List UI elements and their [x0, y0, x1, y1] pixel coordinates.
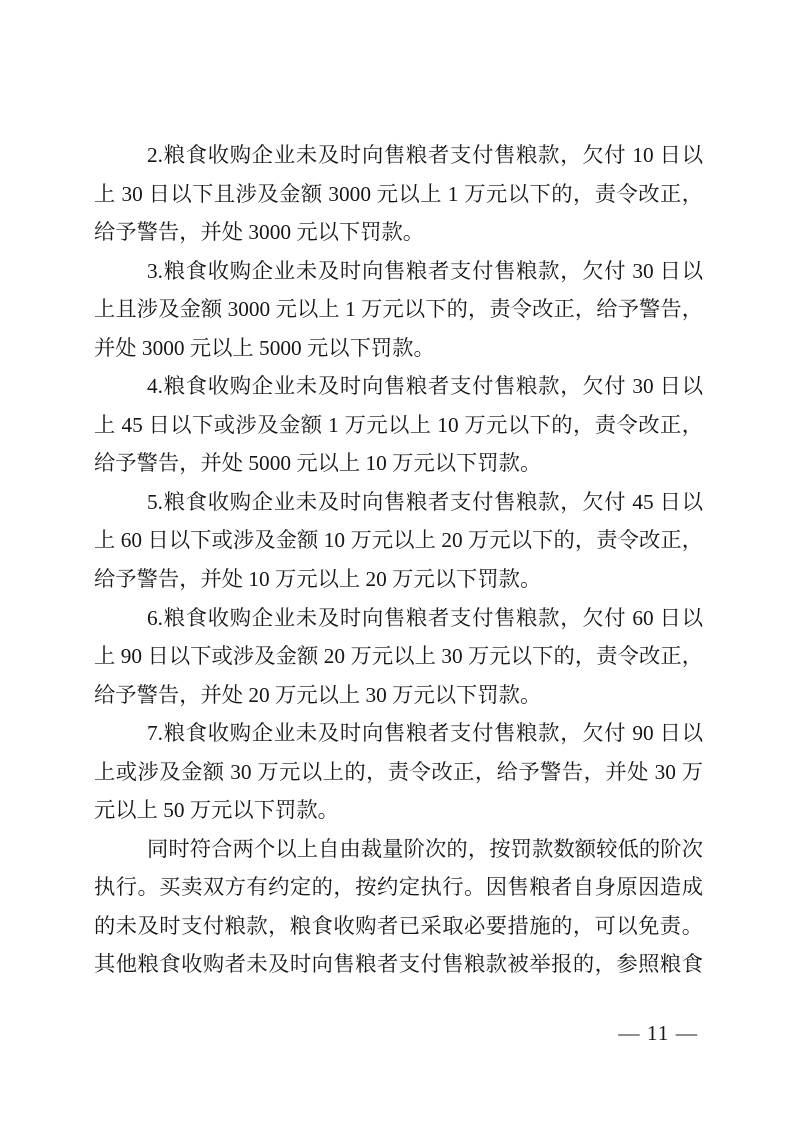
text-line: 上 90 日以下或涉及金额 20 万元以上 30 万元以下的，责令改正，: [94, 637, 703, 676]
text-line: 5.粮食收购企业未及时向售粮者支付售粮款，欠付 45 日以: [94, 483, 703, 522]
text-line: 给予警告，并处 20 万元以上 30 万元以下罚款。: [94, 676, 703, 715]
document-body: 2.粮食收购企业未及时向售粮者支付售粮款，欠付 10 日以 上 30 日以下且涉…: [94, 136, 703, 984]
document-page: 2.粮食收购企业未及时向售粮者支付售粮款，欠付 10 日以 上 30 日以下且涉…: [0, 0, 793, 1122]
text-line: 上 30 日以下且涉及金额 3000 元以上 1 万元以下的，责令改正，: [94, 175, 703, 214]
text-line: 6.粮食收购企业未及时向售粮者支付售粮款，欠付 60 日以: [94, 599, 703, 638]
paragraph-item-4: 4.粮食收购企业未及时向售粮者支付售粮款，欠付 30 日以 上 45 日以下或涉…: [94, 367, 703, 483]
text-line: 给予警告，并处 5000 元以上 10 万元以下罚款。: [94, 444, 703, 483]
text-line: 上 45 日以下或涉及金额 1 万元以上 10 万元以下的，责令改正，: [94, 406, 703, 445]
text-line: 给予警告，并处 3000 元以下罚款。: [94, 213, 703, 252]
text-line: 上且涉及金额 3000 元以上 1 万元以下的，责令改正，给予警告，: [94, 290, 703, 329]
text-line: 7.粮食收购企业未及时向售粮者支付售粮款，欠付 90 日以: [94, 714, 703, 753]
paragraph-item-2: 2.粮食收购企业未及时向售粮者支付售粮款，欠付 10 日以 上 30 日以下且涉…: [94, 136, 703, 252]
text-line: 执行。买卖双方有约定的，按约定执行。因售粮者自身原因造成: [94, 868, 703, 907]
text-line: 的未及时支付粮款，粮食收购者已采取必要措施的，可以免责。: [94, 907, 703, 946]
paragraph-item-5: 5.粮食收购企业未及时向售粮者支付售粮款，欠付 45 日以 上 60 日以下或涉…: [94, 483, 703, 599]
text-line: 并处 3000 元以上 5000 元以下罚款。: [94, 329, 703, 368]
text-line: 给予警告，并处 10 万元以上 20 万元以下罚款。: [94, 560, 703, 599]
paragraph-item-6: 6.粮食收购企业未及时向售粮者支付售粮款，欠付 60 日以 上 90 日以下或涉…: [94, 599, 703, 715]
text-line: 同时符合两个以上自由裁量阶次的，按罚款数额较低的阶次: [94, 830, 703, 869]
paragraph-item-7: 7.粮食收购企业未及时向售粮者支付售粮款，欠付 90 日以 上或涉及金额 30 …: [94, 714, 703, 830]
text-line: 2.粮食收购企业未及时向售粮者支付售粮款，欠付 10 日以: [94, 136, 703, 175]
text-line: 元以上 50 万元以下罚款。: [94, 791, 703, 830]
paragraph-item-3: 3.粮食收购企业未及时向售粮者支付售粮款，欠付 30 日以 上且涉及金额 300…: [94, 252, 703, 368]
text-line: 4.粮食收购企业未及时向售粮者支付售粮款，欠付 30 日以: [94, 367, 703, 406]
paragraph-closing: 同时符合两个以上自由裁量阶次的，按罚款数额较低的阶次 执行。买卖双方有约定的，按…: [94, 830, 703, 984]
text-line: 其他粮食收购者未及时向售粮者支付售粮款被举报的，参照粮食: [94, 945, 703, 984]
page-number: — 11 —: [618, 1018, 698, 1048]
text-line: 上或涉及金额 30 万元以上的，责令改正，给予警告，并处 30 万: [94, 753, 703, 792]
text-line: 上 60 日以下或涉及金额 10 万元以上 20 万元以下的，责令改正，: [94, 521, 703, 560]
text-line: 3.粮食收购企业未及时向售粮者支付售粮款，欠付 30 日以: [94, 252, 703, 291]
